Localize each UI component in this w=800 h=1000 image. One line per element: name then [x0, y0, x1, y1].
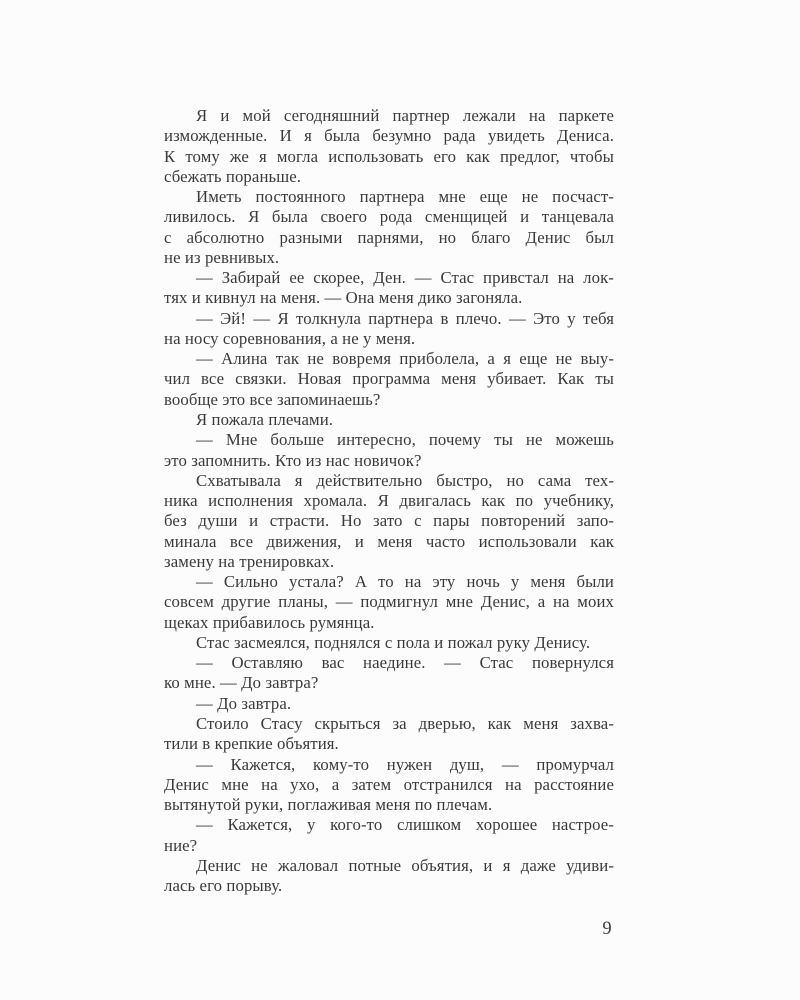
paragraph: — Эй! — Я толкнула партнера в плечо. — Э…	[164, 309, 614, 350]
text-line: Стас засмеялся, поднялся с пола и пожал …	[164, 633, 614, 653]
text-line: ние?	[164, 836, 614, 856]
page-text-block: Я и мой сегодняшний партнер лежали на па…	[164, 106, 614, 896]
book-page: Я и мой сегодняшний партнер лежали на па…	[0, 0, 800, 1000]
paragraph: — До завтра.	[164, 694, 614, 714]
text-line: — Оставляю вас наедине. — Стас повернулс…	[164, 653, 614, 673]
text-line: Денис мне на ухо, а затем отстранился на…	[164, 775, 614, 795]
paragraph: Я и мой сегодняшний партнер лежали на па…	[164, 106, 614, 187]
text-line: ко мне. — До завтра?	[164, 673, 614, 693]
text-line: совсем другие планы, — подмигнул мне Ден…	[164, 592, 614, 612]
text-line: — Забирай ее скорее, Ден. — Стас привста…	[164, 268, 614, 288]
paragraph: Стоило Стасу скрыться за дверью, как мен…	[164, 714, 614, 755]
text-line: Схватывала я действительно быстро, но са…	[164, 471, 614, 491]
text-line: вытянутой руки, поглаживая меня по плеча…	[164, 795, 614, 815]
paragraph: Я пожала плечами.	[164, 410, 614, 430]
paragraph: — Сильно устала? А то на эту ночь у меня…	[164, 572, 614, 633]
text-line: К тому же я могла использовать его как п…	[164, 147, 614, 167]
text-line: лась его порыву.	[164, 876, 614, 896]
text-line: ливилось. Я была своего рода сменщицей и…	[164, 207, 614, 227]
text-line: не из ревнивых.	[164, 248, 614, 268]
text-line: вообще это все запоминаешь?	[164, 390, 614, 410]
paragraph: — Кажется, кому-то нужен душ, — промурча…	[164, 755, 614, 816]
text-line: с абсолютно разными парнями, но благо Де…	[164, 228, 614, 248]
paragraph: Иметь постоянного партнера мне еще не по…	[164, 187, 614, 268]
paragraph: — Алина так не вовремя приболела, а я ещ…	[164, 349, 614, 410]
text-line: — Кажется, кому-то нужен душ, — промурча…	[164, 755, 614, 775]
text-line: минала все движения, и меня часто исполь…	[164, 532, 614, 552]
text-line: чил все связки. Новая программа меня уби…	[164, 369, 614, 389]
paragraph: Денис не жаловал потные объятия, и я даж…	[164, 856, 614, 897]
text-line: — До завтра.	[164, 694, 614, 714]
text-line: это запомнить. Кто из нас новичок?	[164, 451, 614, 471]
paragraph: Стас засмеялся, поднялся с пола и пожал …	[164, 633, 614, 653]
text-line: сбежать пораньше.	[164, 167, 614, 187]
text-line: на носу соревнования, а не у меня.	[164, 329, 614, 349]
paragraph: — Мне больше интересно, почему ты не мож…	[164, 430, 614, 471]
text-line: — Мне больше интересно, почему ты не мож…	[164, 430, 614, 450]
text-line: ника исполнения хромала. Я двигалась как…	[164, 491, 614, 511]
text-line: — Сильно устала? А то на эту ночь у меня…	[164, 572, 614, 592]
paragraph: — Оставляю вас наедине. — Стас повернулс…	[164, 653, 614, 694]
text-line: — Эй! — Я толкнула партнера в плечо. — Э…	[164, 309, 614, 329]
text-line: изможденные. И я была безумно рада увиде…	[164, 126, 614, 146]
paragraph: — Кажется, у кого-то слишком хорошее нас…	[164, 815, 614, 856]
text-line: без души и страсти. Но зато с пары повто…	[164, 511, 614, 531]
text-line: щеках прибавилось румянца.	[164, 613, 614, 633]
paragraph: — Забирай ее скорее, Ден. — Стас привста…	[164, 268, 614, 309]
text-line: — Алина так не вовремя приболела, а я ещ…	[164, 349, 614, 369]
text-line: Стоило Стасу скрыться за дверью, как мен…	[164, 714, 614, 734]
text-line: Денис не жаловал потные объятия, и я даж…	[164, 856, 614, 876]
text-line: тях и кивнул на меня. — Она меня дико за…	[164, 288, 614, 308]
paragraph: Схватывала я действительно быстро, но са…	[164, 471, 614, 572]
text-line: замену на тренировках.	[164, 552, 614, 572]
text-line: Я и мой сегодняшний партнер лежали на па…	[164, 106, 614, 126]
text-line: — Кажется, у кого-то слишком хорошее нас…	[164, 815, 614, 835]
page-number: 9	[595, 918, 619, 940]
text-line: Иметь постоянного партнера мне еще не по…	[164, 187, 614, 207]
text-line: тили в крепкие объятия.	[164, 734, 614, 754]
text-line: Я пожала плечами.	[164, 410, 614, 430]
